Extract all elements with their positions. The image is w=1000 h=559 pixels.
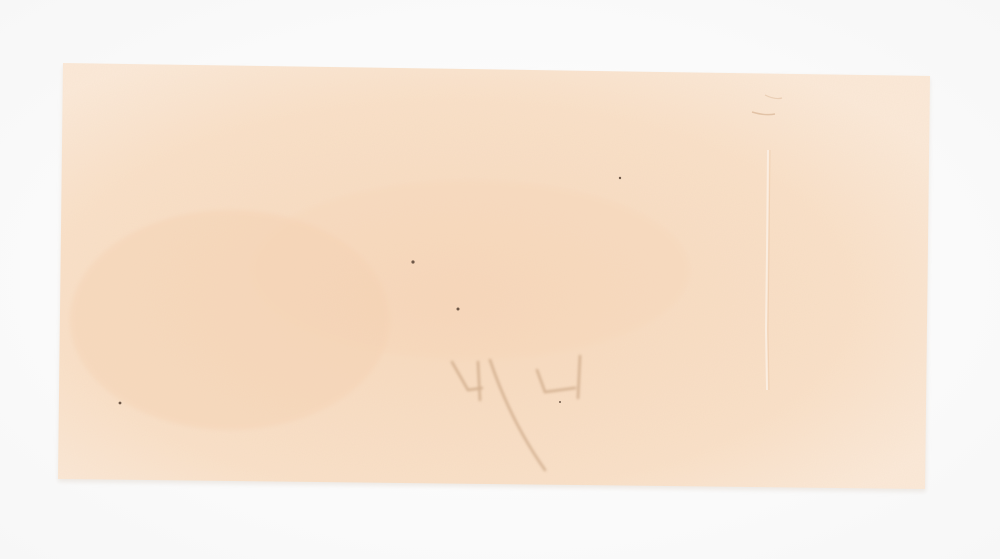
- paper-note: [0, 0, 1000, 559]
- toning-patch: [250, 180, 690, 360]
